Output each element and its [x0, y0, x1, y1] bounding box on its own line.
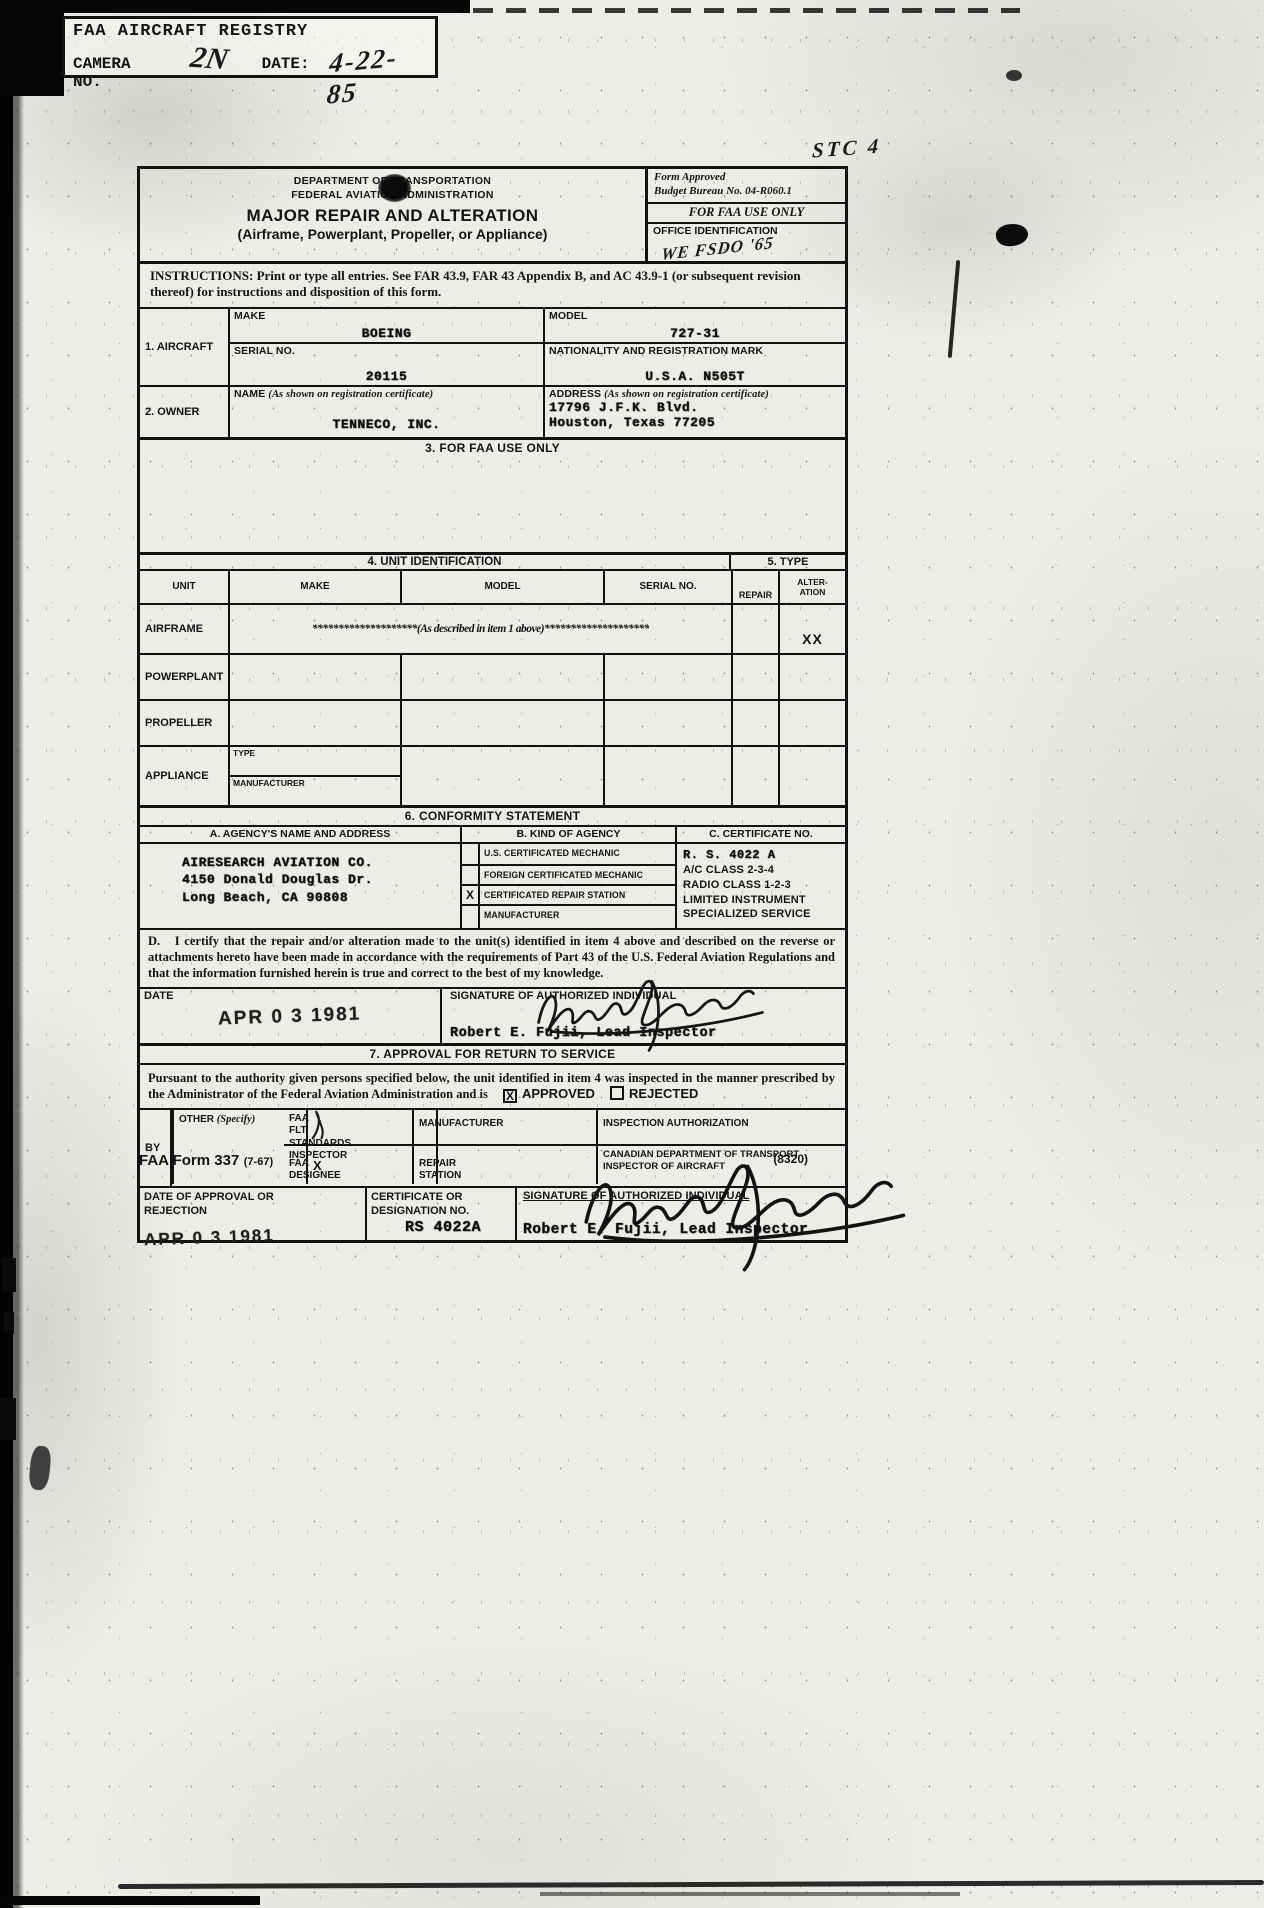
- stamp-date-handwritten-value: 4-22-85: [325, 39, 429, 110]
- scan-artifact-top-bar: [0, 0, 470, 13]
- scan-artifact-top-left-corner: [0, 0, 64, 96]
- conformity-date-cell: DATE APR 0 3 1981: [140, 989, 440, 1043]
- conformity-date-stamp: APR 0 3 1981: [218, 1003, 362, 1030]
- scan-artifact-left-edge: [0, 0, 24, 1908]
- make-value: BOEING: [230, 326, 543, 341]
- by-label: BY: [140, 1110, 170, 1186]
- repair-station-checkbox: X: [462, 886, 480, 904]
- scan-artifact-bottom-streak-3: [540, 1892, 960, 1896]
- agency-name: AIRESEARCH AVIATION CO.: [182, 854, 460, 872]
- certificate-designation-label: CERTIFICATE OR DESIGNATION NO.: [371, 1190, 515, 1219]
- propeller-alteration-cell: [778, 701, 845, 745]
- rejected-label: REJECTED: [629, 1086, 698, 1101]
- approval-statement-row: Pursuant to the authority given persons …: [140, 1063, 845, 1108]
- make-label: MAKE: [230, 309, 543, 322]
- certificate-line2: A/C CLASS 2-3-4: [683, 863, 839, 878]
- appliance-row: APPLIANCE TYPE MANUFACTURER: [140, 745, 845, 805]
- owner-address-line1: 17796 J.F.K. Blvd.: [545, 400, 845, 416]
- unit-id-title: 4. UNIT IDENTIFICATION: [140, 555, 729, 569]
- approval-statement: Pursuant to the authority given persons …: [140, 1065, 845, 1108]
- stc-handwritten-note: STC 4: [812, 134, 882, 164]
- approved-checkbox: X: [503, 1089, 517, 1103]
- registration-label: NATIONALITY AND REGISTRATION MARK: [545, 344, 845, 357]
- manufacturer-label: MANUFACTURER: [480, 906, 559, 928]
- powerplant-repair-cell: [731, 655, 778, 699]
- airframe-row: AIRFRAME ********************(As describ…: [140, 603, 845, 653]
- certification-paragraph: D. I certify that the repair and/or alte…: [140, 930, 845, 987]
- form-footer: FAA Form 337 (7-67) (8320): [139, 1152, 848, 1170]
- camera-no-label: CAMERA NO.: [73, 55, 169, 91]
- approval-section-title: 7. APPROVAL FOR RETURN TO SERVICE: [140, 1043, 845, 1063]
- owner-section-label: 2. OWNER: [140, 387, 228, 437]
- instructions-block: INSTRUCTIONS: Print or type all entries.…: [140, 261, 845, 307]
- conformity-signature-cell: SIGNATURE OF AUTHORIZED INDIVIDUAL Rober…: [440, 989, 845, 1043]
- date-of-approval-cell: DATE OF APPROVAL OR REJECTION APR 0 3 19…: [140, 1188, 365, 1240]
- col-header-alteration: ALTER- ATION: [778, 571, 845, 603]
- certificate-designation-value: RS 4022A: [371, 1219, 515, 1236]
- approval-signature-cell: SIGNATURE OF AUTHORIZED INDIVIDUAL Rober…: [515, 1188, 845, 1240]
- scan-artifact-left-tick-3: [0, 1398, 16, 1440]
- unit-id-column-headers: UNIT MAKE MODEL SERIAL NO. REPAIR ALTER-…: [140, 569, 845, 603]
- owner-address-paren: (As shown on registration certificate): [604, 389, 769, 400]
- serial-no-value: 20115: [230, 369, 543, 384]
- col-header-repair: REPAIR: [731, 571, 778, 603]
- kind-of-agency-header: B. KIND OF AGENCY: [460, 827, 675, 842]
- certification-d-label: D.: [148, 934, 160, 948]
- dot-seal-blob: [374, 171, 414, 205]
- kind-row-repair-station: X CERTIFICATED REPAIR STATION: [462, 884, 675, 904]
- aircraft-fields: MAKE BOEING MODEL 727-31 SERIAL NO. 2011…: [228, 309, 845, 385]
- by-grid: FAA FLT. STANDARDS INSPECTOR MANUFACTURE…: [170, 1110, 845, 1186]
- scan-artifact-left-blob: [28, 1445, 52, 1491]
- unit-id-title-band: 4. UNIT IDENTIFICATION 5. TYPE: [140, 552, 845, 569]
- office-identification-cell: OFFICE IDENTIFICATION WE FSDO '65: [648, 222, 845, 261]
- camera-no-handwritten-value: 2N: [187, 41, 231, 77]
- appliance-repair-cell: [731, 747, 778, 805]
- registry-stamp-box: FAA AIRCRAFT REGISTRY CAMERA NO. 2N DATE…: [62, 16, 438, 78]
- certificate-designation-cell: CERTIFICATE OR DESIGNATION NO. RS 4022A: [365, 1188, 515, 1240]
- form-approved-line2: Budget Bureau No. 04-R060.1: [654, 185, 839, 199]
- form-number: FAA Form 337: [139, 1152, 239, 1169]
- us-mechanic-label: U.S. CERTIFICATED MECHANIC: [480, 844, 620, 864]
- form-header: DEPARTMENT OF TRANSPORTATION FEDERAL AVI…: [140, 169, 845, 261]
- powerplant-serial-cell: [603, 655, 731, 699]
- instructions-label: INSTRUCTIONS:: [150, 268, 253, 283]
- form-edition: (7-67): [244, 1156, 273, 1168]
- conformity-date-label: DATE: [140, 989, 440, 1002]
- registration-value: U.S.A. N505T: [545, 369, 845, 384]
- office-identification-handwritten: WE FSDO '65: [660, 232, 775, 264]
- scan-artifact-bottom-streak-1: [118, 1880, 1264, 1889]
- propeller-make-cell: [228, 701, 400, 745]
- page-code: (8320): [773, 1152, 808, 1170]
- owner-section: 2. OWNER NAME (As shown on registration …: [140, 385, 845, 437]
- propeller-model-cell: [400, 701, 603, 745]
- approval-date-stamp: APR 0 3 1981: [144, 1226, 275, 1251]
- form-approved-cell: Form Approved Budget Bureau No. 04-R060.…: [648, 169, 845, 202]
- appliance-type-label: TYPE: [230, 747, 400, 758]
- appliance-label: APPLIANCE: [140, 747, 228, 805]
- appliance-type-subcell: TYPE: [230, 747, 400, 775]
- scan-artifact-left-tick-1: [2, 1258, 16, 1292]
- powerplant-model-cell: [400, 655, 603, 699]
- airframe-alteration-mark: XX: [802, 631, 823, 647]
- certification-text: I certify that the repair and/or alterat…: [148, 934, 835, 981]
- model-label: MODEL: [545, 309, 845, 322]
- faa-use-only-blank-area: [140, 457, 845, 552]
- faa-use-only-section-title: 3. FOR FAA USE ONLY: [140, 437, 845, 457]
- for-faa-use-only-cell: FOR FAA USE ONLY: [648, 202, 845, 222]
- foreign-mechanic-checkbox: [462, 866, 480, 884]
- conformity-body: AIRESEARCH AVIATION CO. 4150 Donald Doug…: [140, 842, 845, 928]
- repair-station-label: CERTIFICATED REPAIR STATION: [480, 886, 625, 904]
- airframe-repair-cell: [731, 605, 778, 653]
- certificate-line1: R. S. 4022 A: [683, 847, 839, 863]
- by-faa-flt-standards-cell: FAA FLT. STANDARDS INSPECTOR: [284, 1110, 306, 1144]
- scan-artifact-right-mark: [1006, 70, 1022, 81]
- conformity-date-signature-row: DATE APR 0 3 1981 SIGNATURE OF AUTHORIZE…: [140, 987, 845, 1043]
- aircraft-section-label: 1. AIRCRAFT: [140, 309, 228, 385]
- other-label: OTHER: [179, 1114, 214, 1125]
- col-header-make: MAKE: [228, 571, 400, 603]
- owner-address-label: ADDRESS (As shown on registration certif…: [545, 387, 845, 400]
- airframe-alteration-cell: XX: [778, 605, 845, 653]
- powerplant-make-cell: [228, 655, 400, 699]
- kind-row-us-mechanic: U.S. CERTIFICATED MECHANIC: [462, 844, 675, 864]
- approved-label: APPROVED: [522, 1086, 595, 1101]
- agency-name-address-cell: AIRESEARCH AVIATION CO. 4150 Donald Doug…: [140, 844, 460, 928]
- conformity-signature-label: SIGNATURE OF AUTHORIZED INDIVIDUAL: [442, 989, 845, 1002]
- form-header-right: Form Approved Budget Bureau No. 04-R060.…: [645, 169, 845, 261]
- scan-artifact-pen-line: [948, 260, 961, 358]
- propeller-repair-cell: [731, 701, 778, 745]
- certificate-line3: RADIO CLASS 1-2-3: [683, 878, 839, 893]
- stray-pen-stroke: [310, 1110, 326, 1140]
- airframe-label: AIRFRAME: [140, 605, 228, 653]
- appliance-manufacturer-subcell: MANUFACTURER: [230, 775, 400, 805]
- appliance-model-cell: [400, 747, 603, 805]
- by-other-cell: OTHER (Specify): [172, 1110, 284, 1184]
- owner-address-cell: ADDRESS (As shown on registration certif…: [543, 387, 845, 437]
- model-value: 727-31: [545, 326, 845, 341]
- scan-artifact-bottom-streak-2: [0, 1896, 260, 1905]
- approval-statement-text: Pursuant to the authority given persons …: [148, 1071, 835, 1101]
- scan-artifact-right-blob: [995, 222, 1030, 248]
- col-header-model: MODEL: [400, 571, 603, 603]
- certificate-line4: LIMITED INSTRUMENT: [683, 893, 839, 908]
- appliance-serial-cell: [603, 747, 731, 805]
- certificate-no-header: C. CERTIFICATE NO.: [675, 827, 845, 842]
- kind-row-manufacturer: MANUFACTURER: [462, 904, 675, 928]
- certification-paragraph-row: D. I certify that the repair and/or alte…: [140, 928, 845, 987]
- aircraft-registration-cell: NATIONALITY AND REGISTRATION MARK U.S.A.…: [545, 344, 845, 385]
- powerplant-label: POWERPLANT: [140, 655, 228, 699]
- col-header-unit: UNIT: [140, 571, 228, 603]
- agency-name-header: A. AGENCY'S NAME AND ADDRESS: [140, 827, 460, 842]
- appliance-make-cell: TYPE MANUFACTURER: [228, 747, 400, 805]
- us-mechanic-checkbox: [462, 844, 480, 864]
- owner-name-cell: NAME (As shown on registration certifica…: [228, 387, 543, 437]
- airframe-as-described-text: ********************(As described in ite…: [312, 623, 649, 635]
- propeller-row: PROPELLER: [140, 699, 845, 745]
- owner-name-label: NAME (As shown on registration certifica…: [230, 387, 543, 400]
- by-inspection-authorization-cell: INSPECTION AUTHORIZATION: [596, 1110, 845, 1144]
- form-header-titles: DEPARTMENT OF TRANSPORTATION FEDERAL AVI…: [140, 169, 645, 261]
- aircraft-make-cell: MAKE BOEING: [230, 309, 545, 342]
- conformity-signature-typed-name: Robert E. Fujii, Lead Inspector: [450, 1026, 717, 1041]
- by-manufacturer-cell: MANUFACTURER: [412, 1110, 436, 1144]
- form-subtitle: (Airframe, Powerplant, Propeller, or App…: [144, 226, 641, 242]
- agency-address-line1: 4150 Donald Douglas Dr.: [182, 871, 460, 889]
- serial-no-label: SERIAL NO.: [230, 344, 543, 357]
- type-title: 5. TYPE: [729, 555, 845, 569]
- registry-stamp-title: FAA AIRCRAFT REGISTRY: [73, 22, 427, 41]
- agency-address-line2: Long Beach, CA 90808: [182, 889, 460, 907]
- by-checkbox-1: [306, 1110, 412, 1144]
- approval-bottom-row: DATE OF APPROVAL OR REJECTION APR 0 3 19…: [140, 1186, 845, 1240]
- scanned-document-page: FAA AIRCRAFT REGISTRY CAMERA NO. 2N DATE…: [0, 0, 1264, 1908]
- owner-name-paren: (As shown on registration certificate): [268, 389, 433, 400]
- appliance-manufacturer-label: MANUFACTURER: [230, 777, 400, 788]
- kind-of-agency-cell: U.S. CERTIFICATED MECHANIC FOREIGN CERTI…: [460, 844, 675, 928]
- aircraft-model-cell: MODEL 727-31: [545, 309, 845, 342]
- stamp-date-label: DATE:: [262, 55, 310, 73]
- conformity-headers: A. AGENCY'S NAME AND ADDRESS B. KIND OF …: [140, 825, 845, 842]
- approval-signature-label: SIGNATURE OF AUTHORIZED INDIVIDUAL: [517, 1188, 845, 1202]
- scan-artifact-top-dashed-line: [440, 8, 1020, 13]
- scan-artifact-left-tick-2: [4, 1312, 14, 1334]
- aircraft-section: 1. AIRCRAFT MAKE BOEING MODEL 727-31 SER…: [140, 307, 845, 385]
- approval-signature-typed-name: Robert E. Fujii, Lead Inspector: [523, 1222, 808, 1238]
- powerplant-alteration-cell: [778, 655, 845, 699]
- owner-address-line2: Houston, Texas 77205: [545, 415, 845, 431]
- conformity-section-title: 6. CONFORMITY STATEMENT: [140, 805, 845, 825]
- owner-name-value: TENNECO, INC.: [230, 417, 543, 432]
- by-checkbox-2: [436, 1110, 596, 1144]
- approval-by-grid-row: BY FAA FLT. STANDARDS INSPECTOR MANUFACT…: [140, 1108, 845, 1186]
- propeller-label: PROPELLER: [140, 701, 228, 745]
- rejected-checkbox: [610, 1086, 624, 1100]
- other-paren: (Specify): [217, 1114, 255, 1125]
- foreign-mechanic-label: FOREIGN CERTIFICATED MECHANIC: [480, 866, 643, 884]
- propeller-serial-cell: [603, 701, 731, 745]
- appliance-alteration-cell: [778, 747, 845, 805]
- faa-form-337: DEPARTMENT OF TRANSPORTATION FEDERAL AVI…: [137, 166, 848, 1243]
- col-header-serial: SERIAL NO.: [603, 571, 731, 603]
- kind-row-foreign-mechanic: FOREIGN CERTIFICATED MECHANIC: [462, 864, 675, 884]
- aircraft-serial-cell: SERIAL NO. 20115: [230, 344, 545, 385]
- date-of-approval-label: DATE OF APPROVAL OR REJECTION: [144, 1190, 274, 1219]
- manufacturer-checkbox: [462, 906, 480, 928]
- airframe-span-cell: ********************(As described in ite…: [228, 605, 731, 653]
- powerplant-row: POWERPLANT: [140, 653, 845, 699]
- form-approved-line1: Form Approved: [654, 171, 839, 185]
- certificate-line5: SPECIALIZED SERVICE: [683, 907, 839, 922]
- certificate-no-cell: R. S. 4022 A A/C CLASS 2-3-4 RADIO CLASS…: [675, 844, 845, 928]
- form-title: MAJOR REPAIR AND ALTERATION: [144, 206, 641, 226]
